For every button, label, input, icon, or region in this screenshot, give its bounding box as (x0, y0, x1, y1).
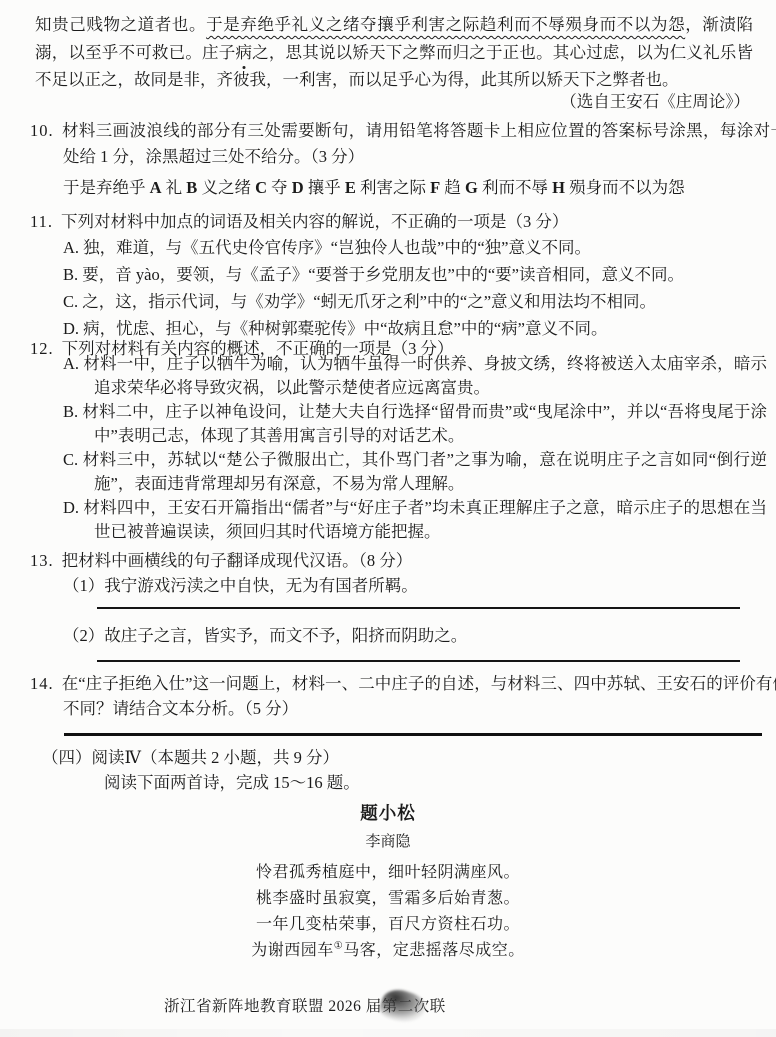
option-a: A. 材料一中，庄子以牺牛为喻，认为牺牛虽得一时供养、身披文绣，终将被送入太庙宰… (63, 352, 767, 400)
section-4-instruction: 阅读下面两首诗，完成 15～16 题。 (104, 769, 744, 793)
poem-line-4-text: 为谢西园车 (251, 942, 334, 959)
poem-line-4: 为谢西园车①马客，定悲摇落尽成空。 (0, 938, 776, 964)
poem-title: 题小松 (0, 800, 776, 825)
question-10: 10.材料三画波浪线的部分有三处需要断句，请用铅笔将答题卡上相应位置的答案标号涂… (30, 118, 776, 170)
question-11: 11.下列对材料中加点的词语及相关内容的解说，不正确的一项是（3 分） (30, 209, 776, 235)
poem-author: 李商隐 (0, 830, 776, 851)
question-number: 14. (30, 674, 62, 693)
poem-line-3: 一年几变枯荣事，百尺方资柱石功。 (0, 912, 776, 938)
answer-line-2 (97, 660, 740, 662)
question-number: 13. (30, 551, 62, 570)
option-a: A. 独，难道，与《五代史伶官传序》“岂独伶人也哉”中的“独”意义不同。 (63, 234, 766, 261)
poem-body: 怜君孤秀植庭中，细叶轻阴满座风。 桃李盛时虽寂寞，雪霜多后始青葱。 一年几变枯荣… (0, 860, 776, 964)
answer-line-1 (97, 607, 740, 609)
question-stem: 材料三画波浪线的部分有三处需要断句，请用铅笔将答题卡上相应位置的答案标号涂黑，每… (62, 121, 776, 166)
emphasis-dot-char: 病 (235, 43, 252, 62)
translation-part-2: （2）故庄子之言，皆实予，而文不予，阳挤而阴助之。 (63, 622, 753, 646)
scan-edge-shade (0, 1029, 776, 1037)
source-attribution: （选自王安石《庄周论》） (35, 88, 750, 112)
ink-smudge (377, 985, 428, 1028)
question-11-options: A. 独，难道，与《五代史伶官传序》“岂独伶人也哉”中的“独”意义不同。 B. … (63, 234, 766, 342)
question-stem: 把材料中画横线的句子翻译成现代汉语。（8 分） (62, 551, 413, 570)
poem-note-marker: ① (334, 941, 343, 952)
intro-text: 知贵己贱物之道者也。 (35, 15, 206, 34)
section-divider (64, 733, 762, 736)
option-b: B. 材料二中，庄子以神龟设问，让楚大夫自行选择“留骨而贵”或“曳尾涂中”，并以… (63, 400, 767, 448)
question-stem: 在“庄子拒绝入仕”这一问题上，材料一、二中庄子的自述，与材料三、四中苏轼、王安石… (62, 674, 776, 718)
translation-part-1: （1）我宁游戏污渎之中自快，无为有国者所羁。 (63, 572, 753, 596)
option-d: D. 材料四中，王安石开篇指出“儒者”与“好庄子者”均未真正理解庄子之意，暗示庄… (63, 496, 767, 544)
question-number: 12. (30, 339, 62, 358)
intro-paragraph: 知贵己贱物之道者也。于是弃绝乎礼义之绪夺攘乎利害之际趋利而不辱殒身而不以为怨，渐… (35, 11, 753, 94)
poem-line-1: 怜君孤秀植庭中，细叶轻阴满座风。 (0, 860, 776, 886)
option-b: B. 要，音 yào，要领，与《孟子》“要誉于乡党朋友也”中的“要”读音相同，意… (63, 261, 766, 288)
option-c: C. 之，这，指示代词，与《劝学》“蚓无爪牙之利”中的“之”意义和用法均不相同。 (63, 288, 766, 315)
question-12-options: A. 材料一中，庄子以牺牛为喻，认为牺牛虽得一时供养、身披文绣，终将被送入太庙宰… (63, 352, 767, 544)
section-4-heading: （四）阅读Ⅳ（本题共 2 小题，共 9 分） (42, 744, 742, 768)
poem-line-4-text: 马客，定悲摇落尽成空。 (343, 942, 525, 959)
question-stem: 下列对材料中加点的词语及相关内容的解说，不正确的一项是（3 分） (61, 212, 568, 231)
wavy-underline-text: 于是弃绝乎礼义之绪夺攘乎利害之际趋利而不辱殒身而不以为怨 (206, 15, 685, 34)
question-14: 14.在“庄子拒绝入仕”这一问题上，材料一、二中庄子的自述，与材料三、四中苏轼、… (30, 671, 776, 721)
question-13: 13.把材料中画横线的句子翻译成现代汉语。（8 分） (30, 548, 776, 574)
question-number: 11. (30, 212, 61, 231)
exam-page: 知贵己贱物之道者也。于是弃绝乎礼义之绪夺攘乎利害之际趋利而不辱殒身而不以为怨，渐… (0, 0, 776, 1037)
option-c: C. 材料三中，苏轼以“楚公子微服出亡，其仆骂门者”之事为喻，意在说明庄子之言如… (63, 448, 767, 496)
poem-line-2: 桃李盛时虽寂寞，雪霜多后始青葱。 (0, 886, 776, 912)
segmentation-sentence: 于是弃绝乎 A 礼 B 义之绪 C 夺 D 攘乎 E 利害之际 F 趋 G 利而… (63, 174, 763, 198)
question-number: 10. (30, 121, 62, 140)
